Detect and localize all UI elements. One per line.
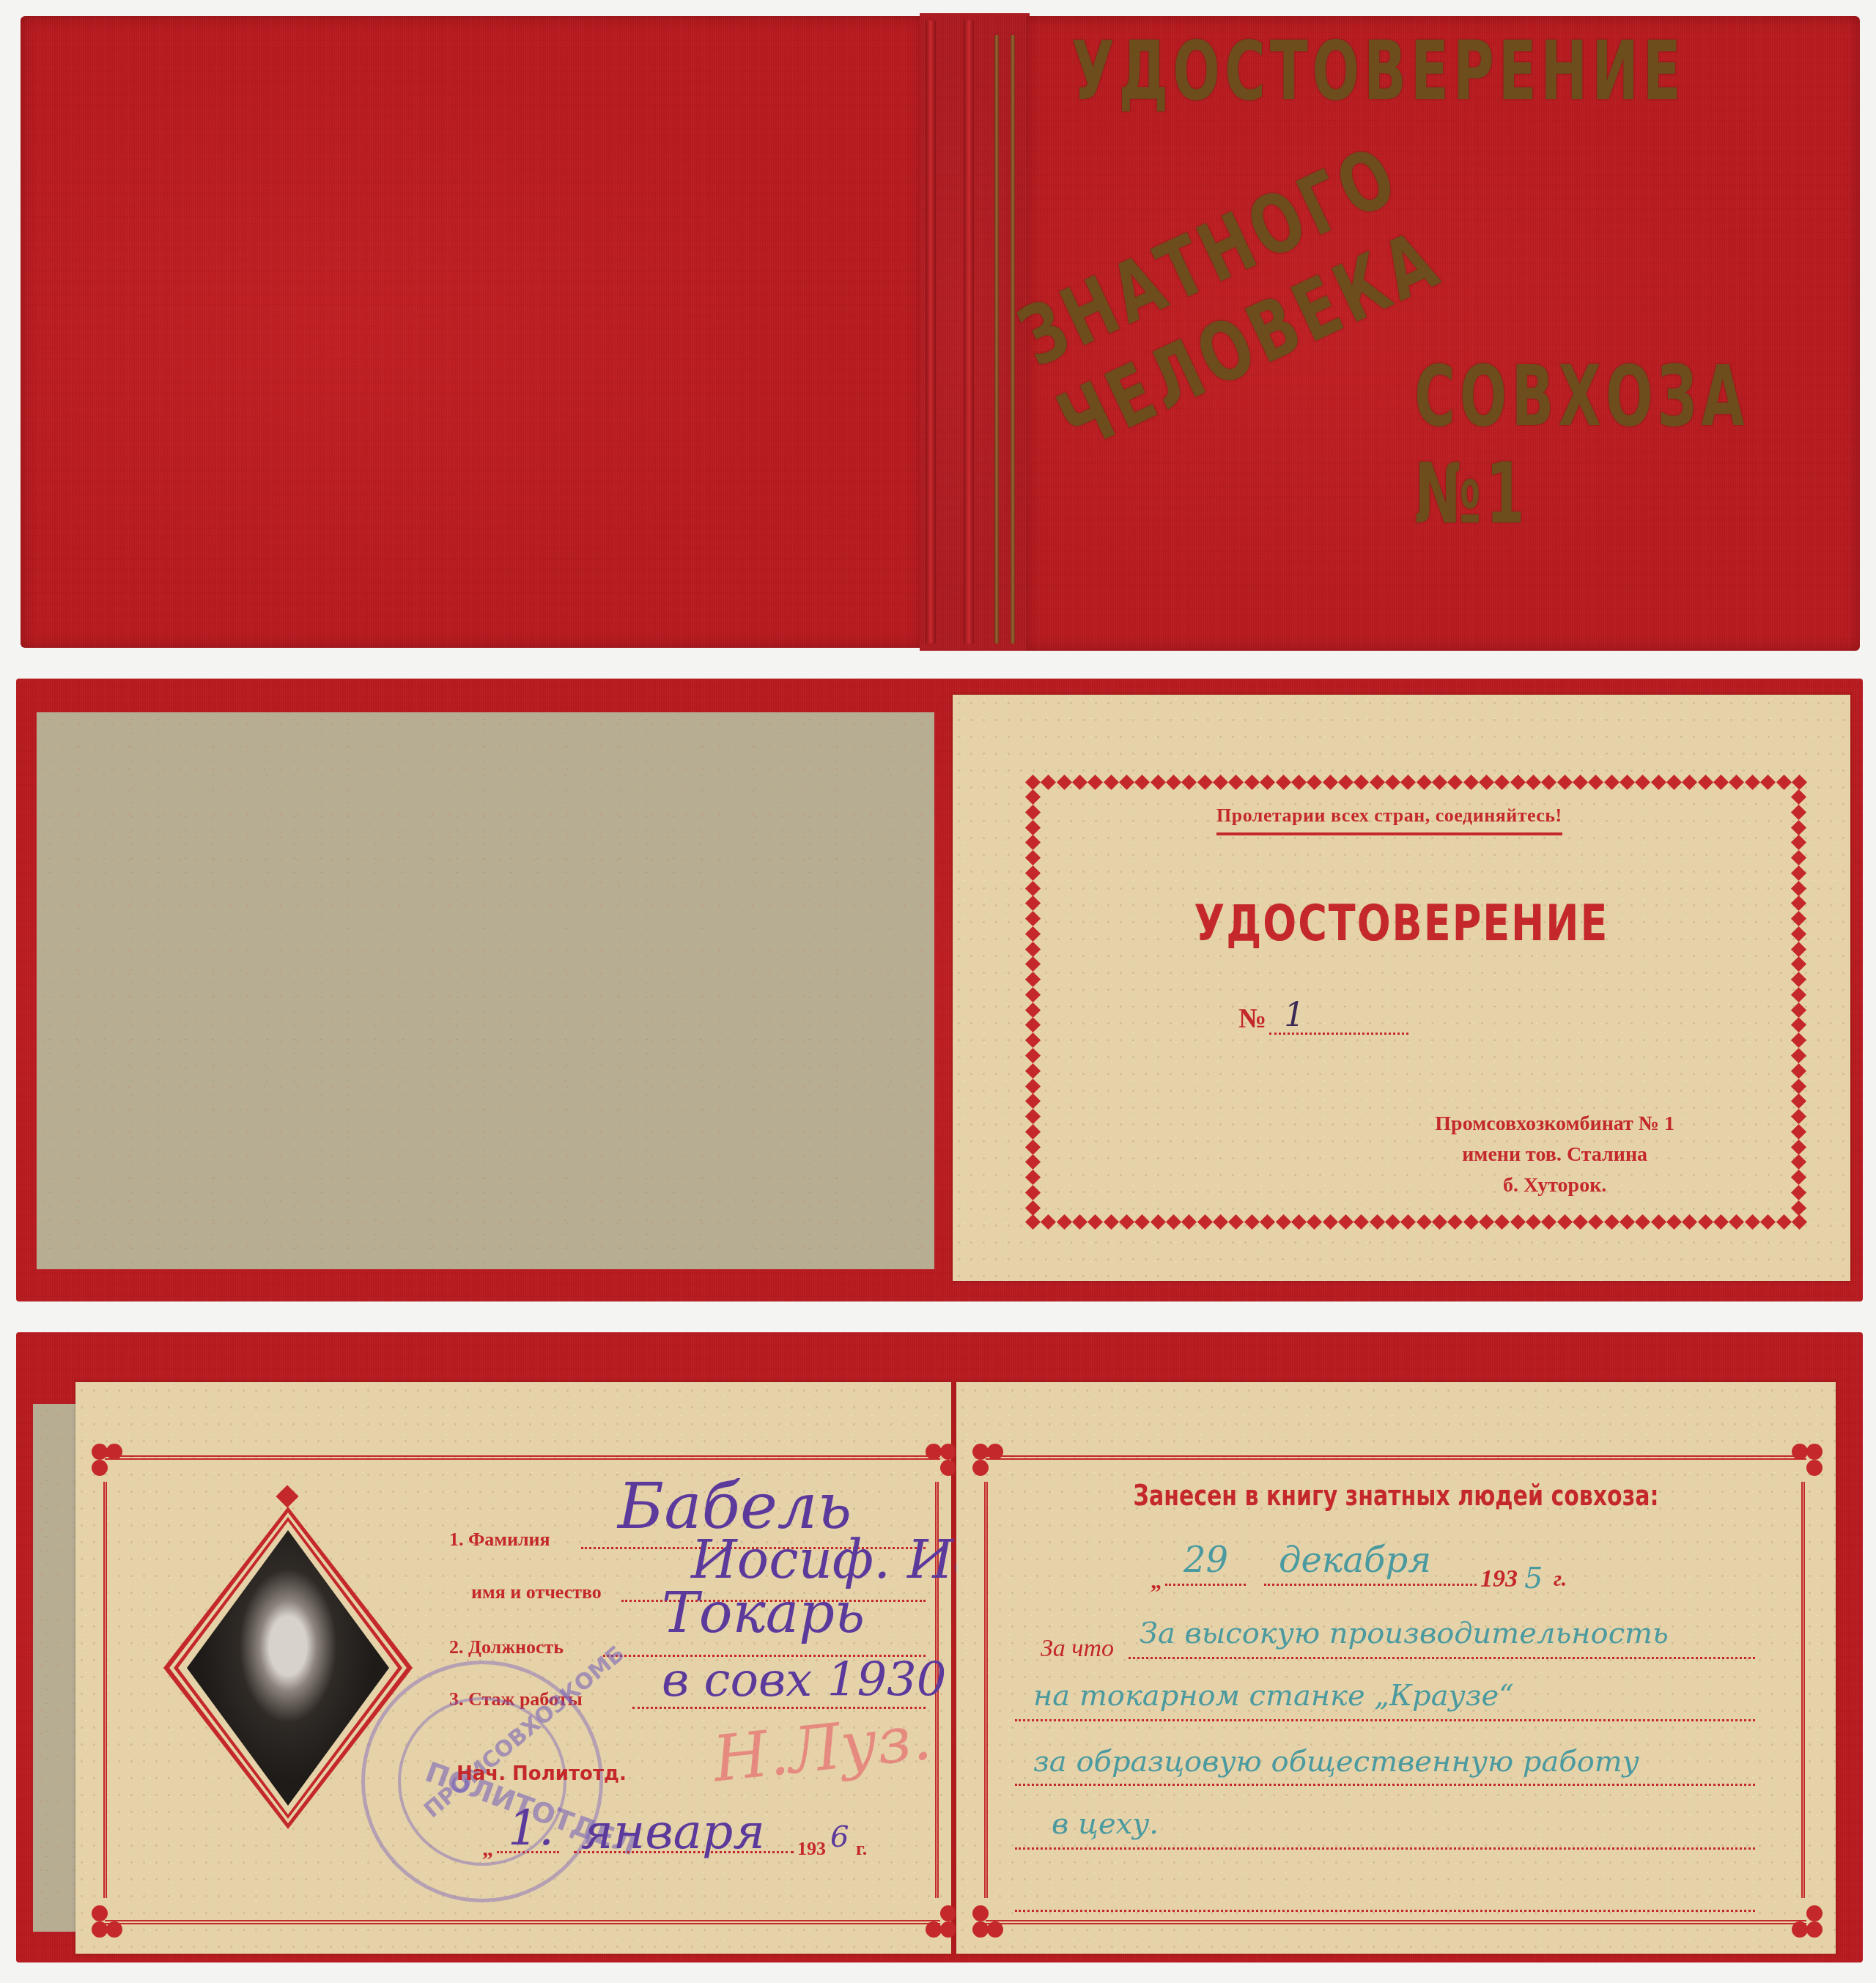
diamond-ornament (1025, 775, 1041, 790)
diamond-ornament (1791, 805, 1806, 820)
diamond-ornament (1494, 1214, 1510, 1230)
diamond-ornament (1729, 1214, 1744, 1230)
diamond-ornament (1338, 1214, 1354, 1230)
diamond-ornament (1791, 1124, 1806, 1140)
diamond-ornament (1791, 1048, 1806, 1063)
diamond-ornament (1197, 1214, 1213, 1230)
date-month-line (1264, 1584, 1477, 1586)
diamond-ornament (1338, 775, 1354, 790)
corner-dots (926, 1905, 958, 1938)
cover-title-line-3: СОВХОЗА №1 (1414, 347, 1860, 542)
diamond-ornament (1181, 1214, 1197, 1230)
record-date-year-prefix: 193 (1480, 1565, 1518, 1593)
diamond-ornament (1025, 956, 1041, 972)
diamond-ornament (1322, 775, 1337, 790)
reason-text-line: в цеху. (1052, 1807, 1159, 1841)
endpaper-strip (33, 1404, 77, 1932)
record-heading: Занесен в книгу знатных людей совхоза: (956, 1480, 1836, 1513)
diamond-ornament (1151, 1214, 1166, 1230)
diamond-ornament (1526, 1214, 1541, 1230)
record-date-month: декабря (1279, 1540, 1431, 1581)
diamond-ornament (1025, 1109, 1041, 1124)
diamond-ornament (1275, 775, 1290, 790)
diamond-ornament (1400, 1214, 1416, 1230)
issue-date-year-unit: г. (856, 1838, 867, 1860)
date-day-line (1165, 1584, 1246, 1586)
issue-date-year-suffix: 6 (830, 1820, 849, 1854)
diamond-ornament (1791, 956, 1806, 972)
record-date-year-unit: г. (1554, 1567, 1567, 1592)
diamond-ornament (1416, 775, 1431, 790)
diamond-ornament (1260, 775, 1275, 790)
date-open-quote: „ (482, 1836, 493, 1861)
number-field: 1 (1269, 1010, 1408, 1035)
diamond-ornament (1307, 1214, 1322, 1230)
diamond-ornament (1604, 775, 1620, 790)
issue-date-month: января (581, 1803, 765, 1860)
diamond-ornament (1025, 789, 1041, 805)
diamond-ornament (1791, 865, 1806, 881)
record-date-year-suffix: 5 (1524, 1562, 1543, 1595)
diamond-ornament (1416, 1214, 1431, 1230)
diamond-ornament (1025, 972, 1041, 987)
diamond-ornament (1369, 775, 1384, 790)
diamond-ornament (1322, 1214, 1337, 1230)
diamond-ornament (1463, 1214, 1479, 1230)
diamond-ornament (1713, 1214, 1729, 1230)
diamond-ornament (1682, 1214, 1697, 1230)
spine-ridge (926, 21, 936, 643)
diamond-ornament (1713, 775, 1729, 790)
diamond-ornament (1792, 1214, 1807, 1230)
diamond-ornament (1635, 775, 1650, 790)
reason-line (1015, 1910, 1755, 1912)
diamond-ornament (1260, 1214, 1275, 1230)
diamond-ornament (1228, 775, 1244, 790)
diamond-ornament (1541, 775, 1556, 790)
reason-line (1015, 1719, 1755, 1721)
diamond-ornament (1494, 775, 1510, 790)
field-label-surname: 1. Фамилия (449, 1529, 550, 1551)
diamond-ornament (1651, 1214, 1666, 1230)
diamond-ornament (1072, 775, 1087, 790)
diamond-ornament (1447, 775, 1463, 790)
diamond-ornament (1244, 1214, 1260, 1230)
diamond-border-right (1792, 790, 1806, 1215)
diamond-ornament (1151, 775, 1166, 790)
diamond-ornament (1479, 775, 1494, 790)
diamond-ornament (1213, 775, 1228, 790)
diamond-ornament (1025, 1124, 1041, 1140)
diamond-ornament (1025, 1170, 1041, 1185)
diamond-ornament (1557, 775, 1573, 790)
diamond-ornament (1354, 1214, 1369, 1230)
record-date-day: 29 (1183, 1540, 1228, 1581)
diamond-ornament (1057, 1214, 1072, 1230)
diamond-ornament (1025, 1078, 1041, 1093)
diamond-ornament (1134, 1214, 1150, 1230)
diamond-ornament (1025, 1093, 1041, 1109)
diamond-border (1026, 775, 1806, 1230)
diamond-border-top (1026, 775, 1806, 790)
signatory-label: Нач. Политотд. (457, 1763, 627, 1785)
corner-dots (972, 1444, 1005, 1476)
diamond-ornament (1620, 775, 1635, 790)
diamond-ornament (1432, 1214, 1447, 1230)
diamond-ornament (1447, 1214, 1463, 1230)
diamond-ornament (1181, 775, 1197, 790)
diamond-ornament (1666, 1214, 1682, 1230)
diamond-ornament (1275, 1214, 1290, 1230)
reason-label: За что (1041, 1635, 1114, 1663)
diamond-border-left (1026, 790, 1041, 1215)
diamond-ornament (1760, 775, 1776, 790)
diamond-ornament (1369, 1214, 1384, 1230)
diamond-ornament (1526, 775, 1541, 790)
diamond-ornament (1588, 1214, 1603, 1230)
issuer-line: б. Хуторок. (1435, 1170, 1674, 1201)
diamond-ornament (1025, 1002, 1041, 1018)
endpaper (37, 712, 934, 1269)
reason-line (1015, 1847, 1755, 1850)
front-cover: УДОСТОВЕРЕНИЕ ЗНАТНОГО ЧЕЛОВЕКА СОВХОЗА … (1026, 16, 1860, 651)
diamond-ornament (1025, 865, 1041, 881)
corner-dots (92, 1444, 124, 1476)
diamond-ornament (1557, 1214, 1573, 1230)
diamond-ornament (1291, 775, 1307, 790)
diamond-ornament (1760, 1214, 1776, 1230)
diamond-ornament (1651, 775, 1666, 790)
diamond-ornament (1119, 775, 1134, 790)
spine-gilt-line (1011, 35, 1015, 643)
spine-ridge (964, 21, 974, 643)
diamond-ornament (1588, 775, 1603, 790)
diamond-ornament (1025, 1214, 1041, 1230)
diamond-ornament (1087, 775, 1103, 790)
diamond-ornament (1025, 987, 1041, 1002)
diamond-ornament (1104, 1214, 1119, 1230)
diamond-ornament (1791, 789, 1806, 805)
reason-line (1015, 1784, 1755, 1786)
diamond-ornament (1666, 775, 1682, 790)
diamond-ornament (1745, 1214, 1760, 1230)
spine (920, 13, 1030, 651)
record-page: Занесен в книгу знатных людей совхоза: „… (956, 1382, 1836, 1954)
diamond-ornament (1791, 1109, 1806, 1124)
diamond-ornament (1698, 775, 1713, 790)
diamond-ornament (1792, 775, 1807, 790)
diamond-ornament (1025, 850, 1041, 865)
diamond-ornament (1025, 1048, 1041, 1063)
diamond-ornament (1134, 775, 1150, 790)
diamond-ornament (1791, 850, 1806, 865)
diamond-ornament (1307, 775, 1322, 790)
back-cover (21, 16, 923, 648)
diamond-ornament (1025, 819, 1041, 835)
number-label: № (1238, 1002, 1266, 1035)
diamond-ornament (1354, 775, 1369, 790)
diamond-ornament (1682, 775, 1697, 790)
diamond-ornament (1791, 1185, 1806, 1200)
diamond-ornament (1166, 775, 1181, 790)
diamond-ornament (1025, 835, 1041, 850)
diamond-ornament (1025, 1063, 1041, 1079)
diamond-ornament (1510, 1214, 1526, 1230)
field-label-position: 2. Должность (449, 1636, 564, 1658)
diamond-ornament (1791, 819, 1806, 835)
date-open-quote: „ (1151, 1569, 1162, 1594)
field-label-name: имя и отчество (471, 1581, 602, 1603)
diamond-ornament (1385, 1214, 1400, 1230)
diamond-ornament (1104, 775, 1119, 790)
portrait-photo (187, 1530, 389, 1806)
diamond-ornament (1479, 1214, 1494, 1230)
diamond-ornament (1791, 1017, 1806, 1033)
diamond-ornament (1729, 775, 1744, 790)
diamond-ornament (1745, 775, 1760, 790)
diamond-ornament (1791, 987, 1806, 1002)
issue-date-year-prefix: 193 (797, 1838, 826, 1860)
diamond-ornament (1025, 1185, 1041, 1200)
diamond-ornament (1041, 1214, 1056, 1230)
diamond-ornament (1791, 1140, 1806, 1155)
diamond-ornament (1166, 1214, 1181, 1230)
diamond-ornament (1025, 1017, 1041, 1033)
corner-dots (1792, 1444, 1824, 1476)
diamond-ornament (1776, 775, 1791, 790)
diamond-ornament (1400, 775, 1416, 790)
diamond-ornament (1025, 1033, 1041, 1048)
title-spread: Пролетарии всех стран, соединяйтесь! УДО… (0, 668, 1876, 1306)
field-value-experience: в совх 1930 г. (662, 1653, 1000, 1707)
diamond-ornament (1791, 1078, 1806, 1093)
issuer-line: Промсовхозкомбинат № 1 (1435, 1109, 1674, 1140)
diamond-ornament (1604, 1214, 1620, 1230)
corner-dots (972, 1905, 1005, 1938)
diamond-ornament (1025, 1154, 1041, 1170)
reason-text-line: За высокую производительность (1140, 1617, 1669, 1650)
spine-gilt-line (994, 35, 999, 643)
reason-text-line: на токарном станке „Краузе“ (1033, 1679, 1514, 1713)
diamond-ornament (1228, 1214, 1244, 1230)
reason-line (1129, 1657, 1755, 1659)
diamond-ornament (1620, 1214, 1635, 1230)
corner-dots (92, 1905, 124, 1938)
diamond-ornament (1635, 1214, 1650, 1230)
title-page: Пролетарии всех стран, соединяйтесь! УДО… (953, 695, 1850, 1281)
issuer-block: Промсовхозкомбинат № 1 имени тов. Сталин… (1435, 1109, 1674, 1201)
diamond-ornament (1791, 835, 1806, 850)
diamond-ornament (1791, 1063, 1806, 1079)
diamond-ornament (1087, 1214, 1103, 1230)
corner-dots (1792, 1905, 1824, 1938)
page-title: УДОСТОВЕРЕНИЕ (953, 894, 1850, 952)
data-spread: 1. Фамилия Бабель имя и отчество Иосиф. … (0, 1316, 1876, 1983)
diamond-ornament (1041, 775, 1056, 790)
diamond-ornament (1791, 1200, 1806, 1216)
diamond-ornament (1213, 1214, 1228, 1230)
slogan: Пролетарии всех стран, соединяйтесь! (1216, 805, 1562, 835)
diamond-ornament (1791, 972, 1806, 987)
diamond-ornament (1698, 1214, 1713, 1230)
diamond-ornament (1776, 1214, 1791, 1230)
diamond-ornament (1432, 775, 1447, 790)
diamond-ornament (1057, 775, 1072, 790)
certificate-number: № 1 (1238, 1002, 1408, 1035)
corner-dots (926, 1444, 958, 1476)
diamond-ornament (1573, 1214, 1588, 1230)
reason-text-line: за образцовую общественную работу (1033, 1745, 1639, 1779)
issuer-line: имени тов. Сталина (1435, 1140, 1674, 1170)
diamond-border-bottom (1026, 1215, 1806, 1230)
diamond-ornament (1244, 775, 1260, 790)
diamond-ornament (1025, 1140, 1041, 1155)
diamond-ornament (1197, 775, 1213, 790)
diamond-ornament (1510, 775, 1526, 790)
issue-date-day: 1. (508, 1800, 554, 1856)
diamond-ornament (1791, 1002, 1806, 1018)
diamond-ornament (1791, 1093, 1806, 1109)
diamond-ornament (1541, 1214, 1556, 1230)
number-value: 1 (1284, 997, 1304, 1034)
diamond-ornament (1119, 1214, 1134, 1230)
diamond-ornament (1573, 775, 1588, 790)
diamond-ornament (1291, 1214, 1307, 1230)
identity-page: 1. Фамилия Бабель имя и отчество Иосиф. … (75, 1382, 951, 1954)
diamond-ornament (1463, 775, 1479, 790)
diamond-ornament (1791, 1154, 1806, 1170)
diamond-ornament (1385, 775, 1400, 790)
diamond-ornament (1791, 1170, 1806, 1185)
diamond-ornament (1072, 1214, 1087, 1230)
cover-spread: УДОСТОВЕРЕНИЕ ЗНАТНОГО ЧЕЛОВЕКА СОВХОЗА … (0, 0, 1876, 660)
diamond-ornament (1025, 1200, 1041, 1216)
field-value-position: Токарь (662, 1580, 865, 1645)
diamond-ornament (1791, 1033, 1806, 1048)
diamond-ornament (1025, 805, 1041, 820)
